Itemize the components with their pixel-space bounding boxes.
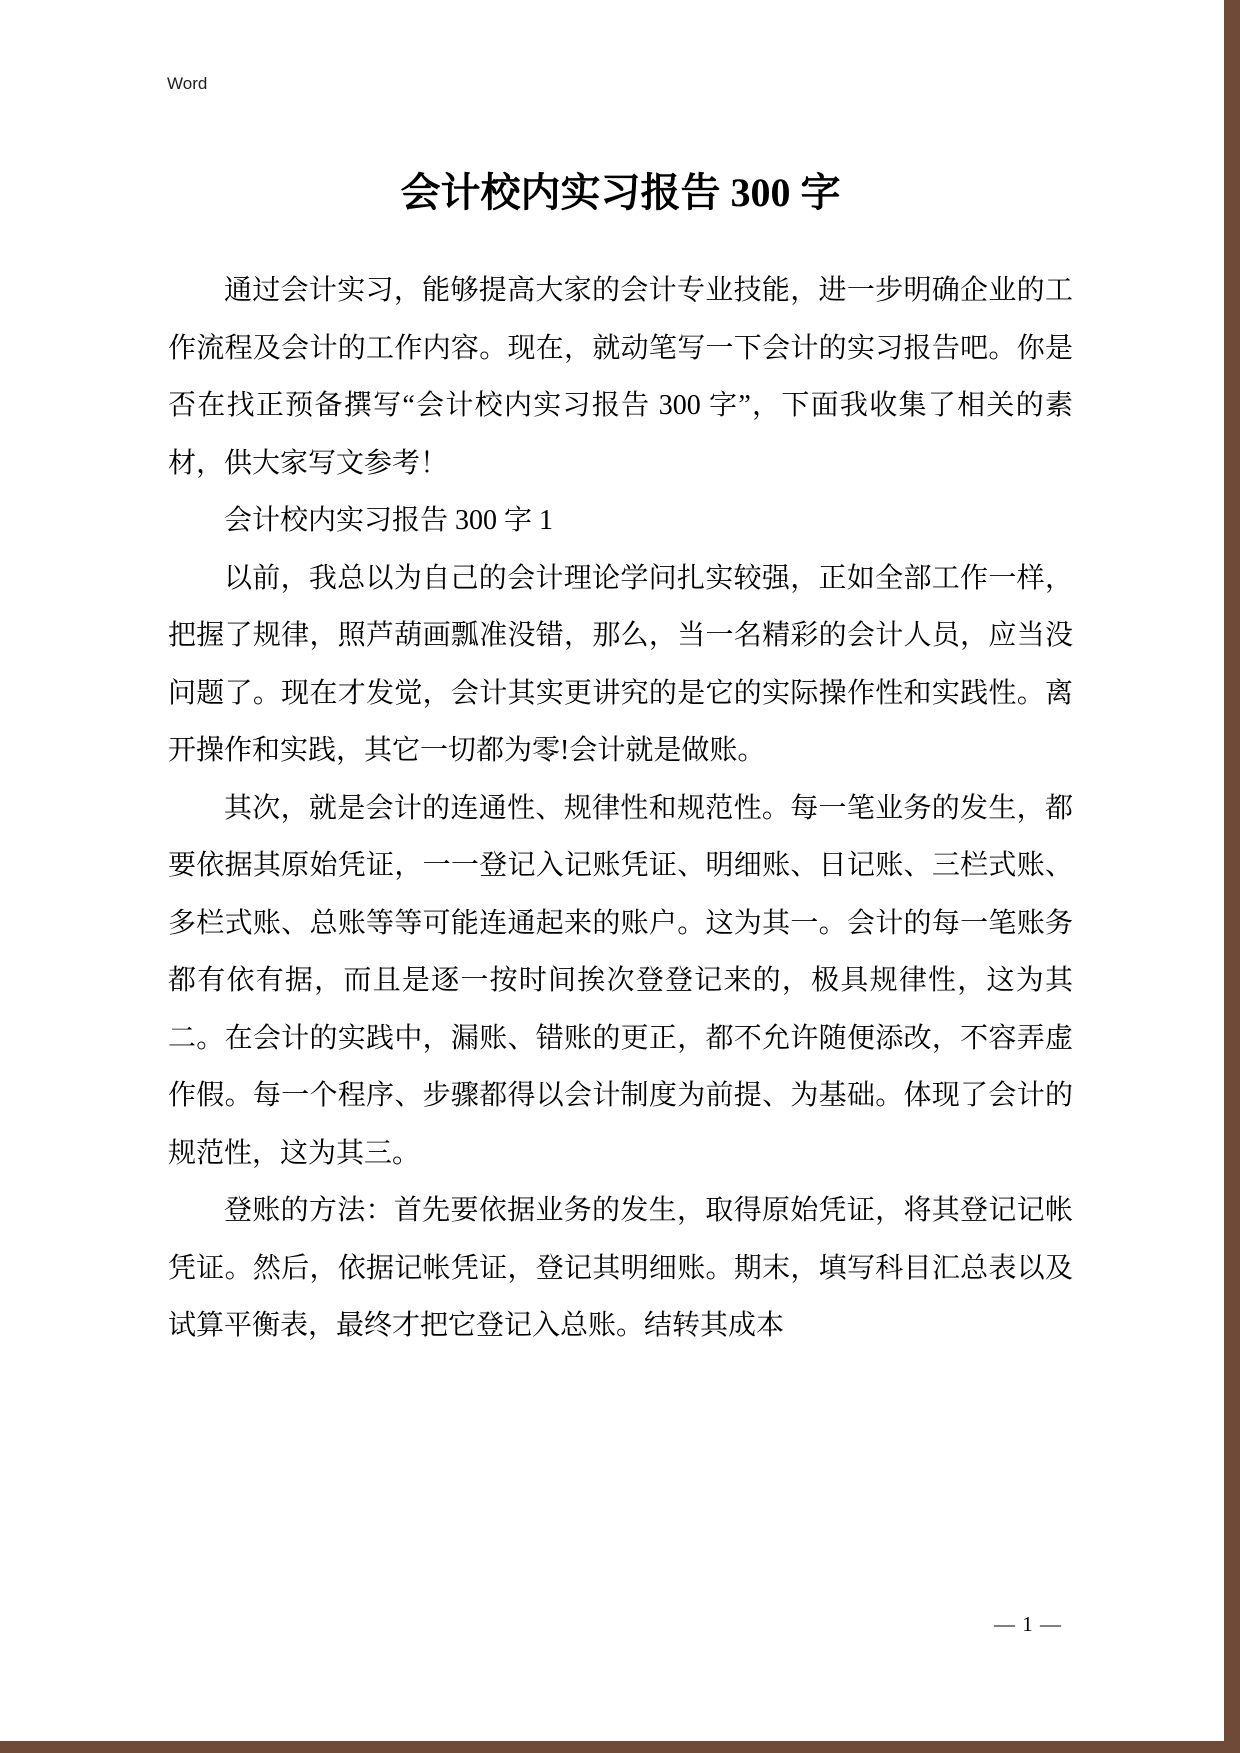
paragraph: 通过会计实习，能够提高大家的会计专业技能，进一步明确企业的工作流程及会计的工作内…	[168, 262, 1073, 492]
page-number: — 1 —	[994, 1612, 1062, 1637]
document-content: 会计校内实习报告 300 字 通过会计实习，能够提高大家的会计专业技能，进一步明…	[168, 168, 1073, 1355]
paragraph: 会计校内实习报告 300 字 1	[168, 492, 1073, 550]
document-body: 通过会计实习，能够提高大家的会计专业技能，进一步明确企业的工作流程及会计的工作内…	[168, 262, 1073, 1355]
document-page: Word 会计校内实习报告 300 字 通过会计实习，能够提高大家的会计专业技能…	[0, 0, 1240, 1753]
document-title: 会计校内实习报告 300 字	[168, 168, 1073, 218]
page-edge-bottom	[0, 1741, 1240, 1753]
paragraph: 其次，就是会计的连通性、规律性和规范性。每一笔业务的发生，都要依据其原始凭证，一…	[168, 780, 1073, 1183]
app-label: Word	[167, 74, 207, 94]
page-edge-right	[1224, 0, 1240, 1753]
paragraph: 登账的方法：首先要依据业务的发生，取得原始凭证，将其登记记帐凭证。然后，依据记帐…	[168, 1182, 1073, 1355]
paragraph: 以前，我总以为自己的会计理论学问扎实较强，正如全部工作一样，把握了规律，照芦葫画…	[168, 550, 1073, 780]
